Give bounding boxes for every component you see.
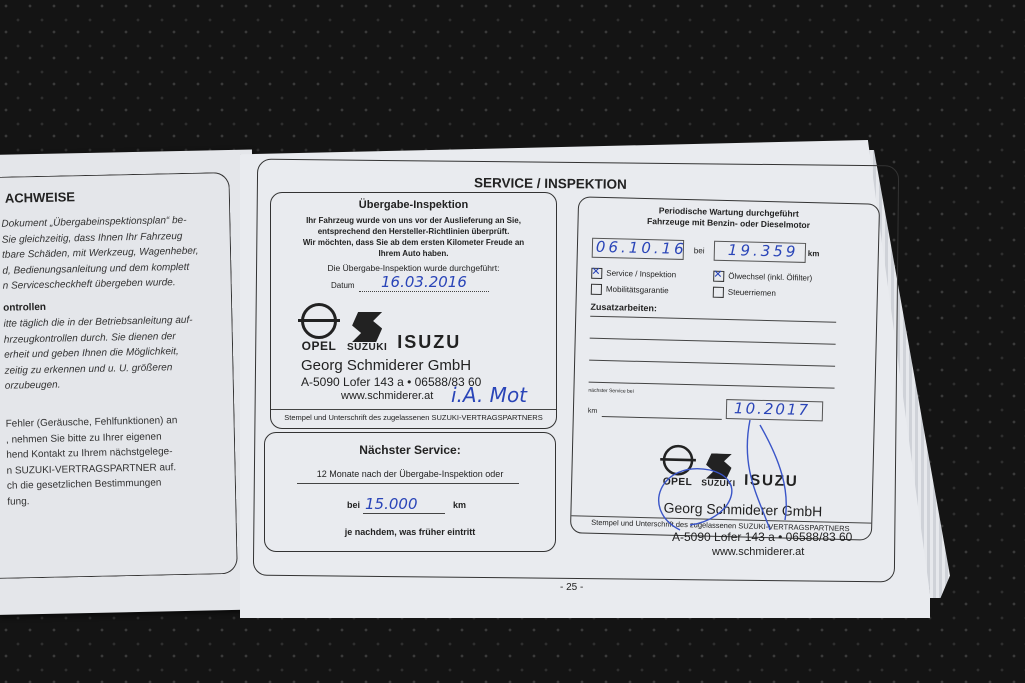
uebergabe-heading: Übergabe-Inspektion bbox=[271, 199, 556, 211]
signature-scribble bbox=[620, 410, 820, 540]
checkbox-mobilitaetsgarantie[interactable]: Mobilitätsgarantie bbox=[591, 284, 669, 297]
bei-label: bei bbox=[694, 246, 705, 255]
stamp-divider bbox=[271, 409, 556, 410]
left-page: ACHWEISE Dokument „Übergabeinspektionspl… bbox=[0, 150, 262, 615]
zusatz-line-1 bbox=[590, 316, 836, 323]
opel-icon bbox=[301, 303, 337, 339]
checkbox-icon[interactable] bbox=[713, 287, 724, 298]
service-date-value: 06.10.16 bbox=[596, 238, 687, 258]
checkbox-icon[interactable] bbox=[591, 268, 602, 279]
next-km-label: km bbox=[588, 408, 598, 415]
signature: i.A. Mot bbox=[451, 383, 527, 407]
stamp-caption: Stempel und Unterschrift des zugelassene… bbox=[271, 413, 556, 422]
km-unit: km bbox=[453, 500, 466, 510]
dealer-logos: OPEL SUZUKI ISUZU bbox=[301, 303, 461, 353]
zusatzarbeiten-label: Zusatzarbeiten: bbox=[590, 302, 657, 314]
page-number: - 25 - bbox=[560, 582, 583, 593]
dealer-website: www.schmiderer.at bbox=[341, 390, 433, 402]
left-paragraph-2: itte täglich die in der Betriebsanleitun… bbox=[3, 313, 194, 394]
date-line bbox=[359, 291, 489, 293]
km-underline bbox=[363, 513, 445, 514]
left-page-title: ACHWEISE bbox=[5, 189, 75, 205]
date-label: Datum bbox=[331, 281, 355, 290]
km-prefix: bei bbox=[347, 500, 360, 510]
next-km-value: 15.000 bbox=[365, 495, 418, 513]
naechster-line1: 12 Monate nach der Übergabe-Inspektion o… bbox=[265, 469, 555, 479]
performed-label: Die Übergabe-Inspektion wurde durchgefüh… bbox=[271, 263, 556, 273]
dealer-website-2: www.schmiderer.at bbox=[712, 546, 804, 558]
left-subtitle: ontrollen bbox=[3, 302, 46, 314]
checkbox-service-inspektion[interactable]: Service / Inspektion bbox=[591, 268, 676, 281]
suzuki-logo: SUZUKI bbox=[347, 312, 387, 353]
naechster-line3: je nachdem, was früher eintritt bbox=[265, 527, 555, 537]
checkbox-oelwechsel[interactable]: Ölwechsel (inkl. Ölfilter) bbox=[713, 271, 812, 284]
naechster-line1-underline bbox=[297, 483, 519, 484]
service-km-value: 19.359 bbox=[728, 241, 799, 261]
dealer-name: Georg Schmiderer GmbH bbox=[301, 357, 471, 374]
page-title: SERVICE / INSPEKTION bbox=[474, 175, 627, 192]
left-paragraph-1: Dokument „Übergabeinspektionsplan“ be- S… bbox=[1, 213, 199, 295]
suzuki-icon bbox=[352, 312, 382, 342]
checkbox-icon[interactable] bbox=[713, 271, 724, 282]
date-value: 16.03.2016 bbox=[381, 273, 467, 291]
zusatz-line-2 bbox=[590, 338, 836, 345]
uebergabe-text: Ihr Fahrzeug wurde von uns vor der Ausli… bbox=[271, 215, 556, 259]
service-km-unit: km bbox=[808, 249, 820, 258]
naechster-service-box: Nächster Service: 12 Monate nach der Übe… bbox=[264, 432, 556, 552]
checkbox-steuerriemen[interactable]: Steuerriemen bbox=[713, 287, 776, 300]
opel-logo: OPEL bbox=[301, 303, 337, 353]
left-paragraph-3: Fehler (Geräusche, Fehlfunktionen) an , … bbox=[5, 413, 179, 510]
checkbox-icon[interactable] bbox=[591, 284, 602, 295]
naechster-heading: Nächster Service: bbox=[265, 443, 555, 457]
zusatz-line-3 bbox=[589, 360, 835, 367]
isuzu-logo: ISUZU bbox=[397, 332, 461, 353]
next-service-label: nächster Service bei bbox=[588, 388, 633, 395]
periodisch-heading: Periodische Wartung durchgeführt Fahrzeu… bbox=[578, 203, 878, 232]
uebergabe-inspektion-box: Übergabe-Inspektion Ihr Fahrzeug wurde v… bbox=[270, 192, 557, 429]
